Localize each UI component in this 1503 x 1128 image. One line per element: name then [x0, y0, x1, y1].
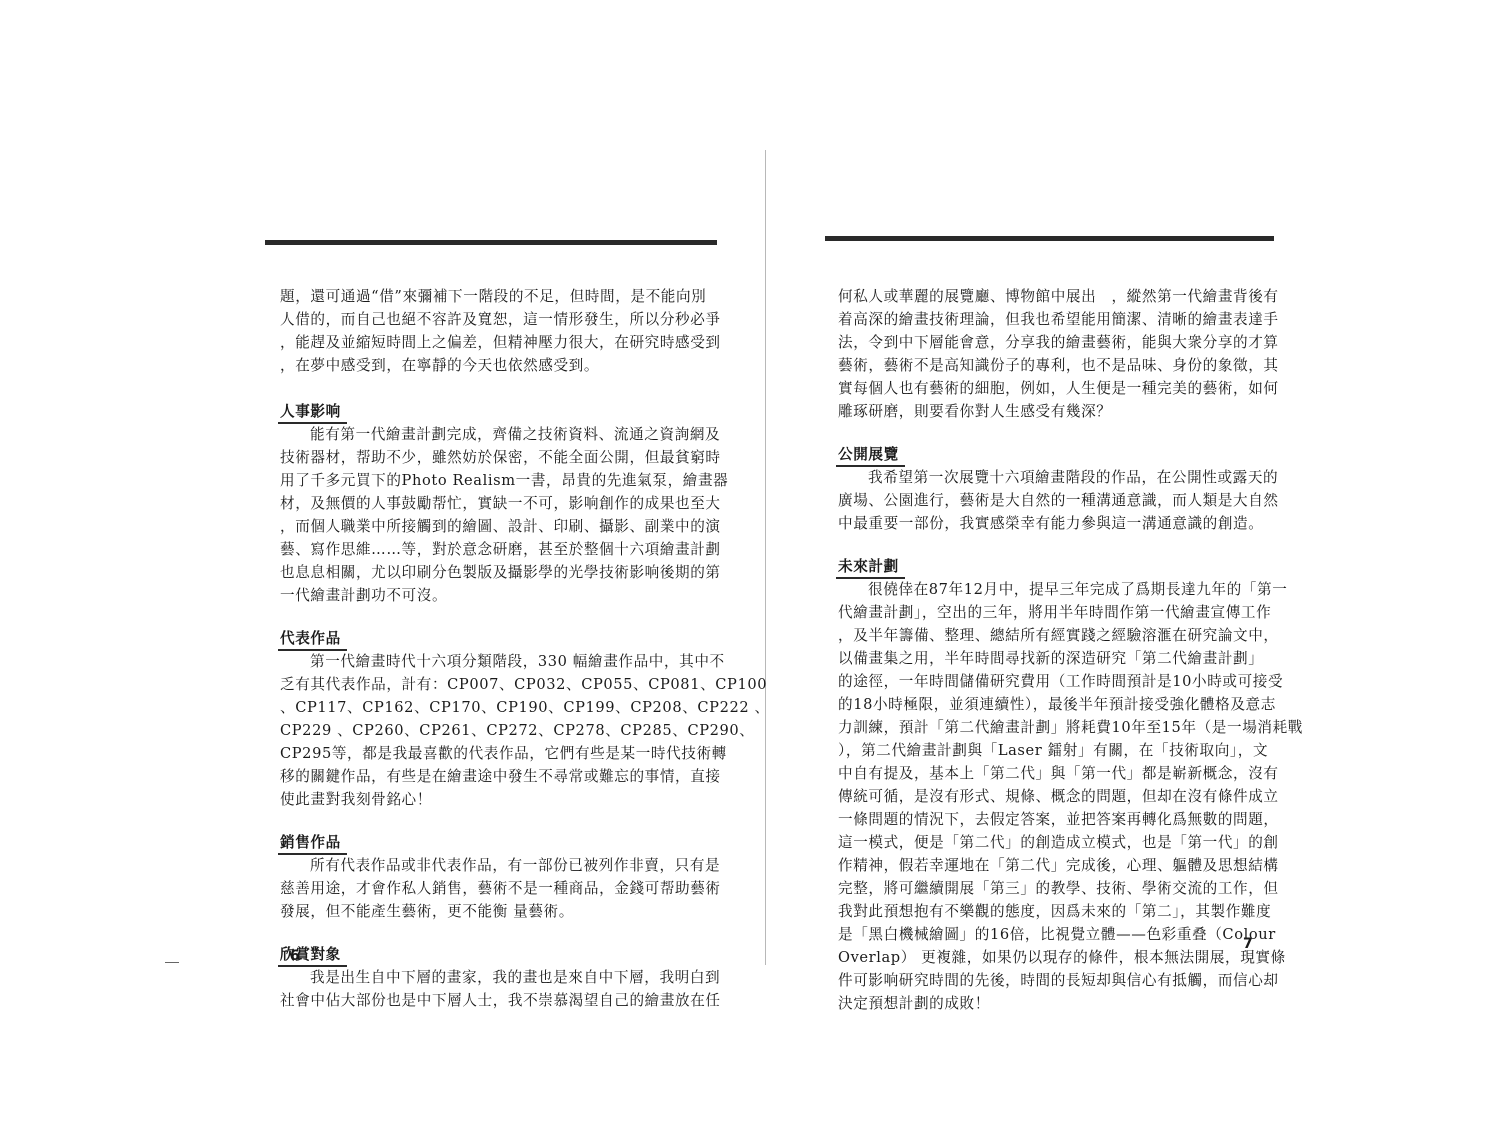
- text-line: 移的關鍵作品，有些是在繪畫途中發生不尋常或難忘的事情，直接: [280, 765, 710, 788]
- text-line: CP295等，都是我最喜歡的代表作品，它們有些是某一時代技術轉: [280, 742, 710, 765]
- text-line: 件可影响研究時間的先後，時間的長短却與信心有抵觸，而信心却: [838, 969, 1270, 992]
- page-number-right: 7: [1243, 936, 1253, 952]
- text-line: 用了千多元買下的Photo Realism一書，昂貴的先進氣泵，繪畫器: [280, 469, 710, 492]
- section-heading: 代表作品: [280, 627, 341, 650]
- text-line: 實每個人也有藝術的細胞，例如，人生便是一種完美的藝術，如何: [838, 377, 1270, 400]
- text-line: CP229 、CP260、CP261、CP272、CP278、CP285、CP2…: [280, 719, 710, 742]
- text-line: 我對此預想抱有不樂觀的態度，因爲未來的「第二」，其製作難度: [838, 900, 1270, 923]
- right-intro-paragraph: 何私人或華麗的展覽廳、博物館中展出 ，縱然第一代繪畫背後有 着高深的繪畫技術理論…: [838, 285, 1270, 423]
- text-line: 的18小時極限，並須連續性），最後半年預計接受強化體格及意志: [838, 693, 1270, 716]
- text-line: 雕琢研磨，則要看你對人生感受有幾深？: [838, 400, 1270, 423]
- text-line: ，能趕及並縮短時間上之偏差，但精神壓力很大，在研究時感受到: [280, 331, 710, 354]
- text-line: 代繪畫計劃」，空出的三年，將用半年時間作第一代繪畫宣傳工作: [838, 601, 1270, 624]
- text-line: 發展，但不能產生藝術，更不能衡 量藝術。: [280, 900, 710, 923]
- text-line: 社會中佔大部份也是中下層人士，我不崇慕渴望自己的繪畫放在任: [280, 989, 710, 1012]
- text-line: 能有第一代繪畫計劃完成，齊備之技術資料、流通之資詢網及: [280, 423, 710, 446]
- text-line: 作精神，假若幸運地在「第二代」完成後，心理、軀體及思想結構: [838, 854, 1270, 877]
- section-future-plans: 未來計劃 很僥倖在87年12月中，提早三年完成了爲期長達九年的「第一 代繪畫計劃…: [838, 555, 1270, 1015]
- text-line: 是「黑白機械繪圖」的16倍，比視覺立體——色彩重叠（Colour: [838, 923, 1270, 946]
- text-line: 這一模式，便是「第二代」的創造成立模式，也是「第一代」的創: [838, 831, 1270, 854]
- text-line: 傳統可循，是沒有形式、規條、概念的問題，但却在沒有條件成立: [838, 785, 1270, 808]
- text-line: ），第二代繪畫計劃與「Laser 鐳射」有關，在「技術取向」，文: [838, 739, 1270, 762]
- text-line: 廣場、公園進行，藝術是大自然的一種溝通意識，而人類是大自然: [838, 489, 1270, 512]
- section-heading: 未來計劃: [838, 555, 899, 578]
- text-line: 我是出生自中下層的畫家，我的畫也是來自中下層，我明白到: [280, 966, 710, 989]
- book-fold-line: [765, 150, 766, 965]
- text-line: 的途徑，一年時間儲備研究費用（工作時間預計是10小時或可接受: [838, 670, 1270, 693]
- section-representative-works: 代表作品 第一代繪畫時代十六項分類階段，330 幅繪畫作品中，其中不 乏有其代表…: [280, 627, 710, 811]
- section-heading: 公開展覽: [838, 443, 899, 466]
- text-line: 中自有提及，基本上「第二代」與「第一代」都是嶄新概念，沒有: [838, 762, 1270, 785]
- text-line: 慈善用途，才會作私人銷售，藝術不是一種商品，金錢可帮助藝術: [280, 877, 710, 900]
- text-line: 人借的，而自己也絕不容許及寬恕，這一情形發生，所以分秒必爭: [280, 308, 710, 331]
- text-line: 材，及無價的人事鼓勵帮忙，實缺一不可，影响創作的成果也至大: [280, 492, 710, 515]
- text-line: 以備畫集之用，半年時間尋找新的深造研究「第二代繪畫計劃」: [838, 647, 1270, 670]
- left-page: 題，還可通過“借”來彌補下一階段的不足，但時間，是不能向別 人借的，而自己也絕不…: [280, 285, 710, 1012]
- right-header-bar: [825, 236, 1274, 241]
- left-header-bar: [265, 240, 717, 245]
- text-line: 中最重要一部份，我實感榮幸有能力參與這一溝通意識的創造。: [838, 512, 1270, 535]
- text-line: 法，令到中下層能會意，分享我的繪畫藝術，能與大衆分享的才算: [838, 331, 1270, 354]
- text-line: 第一代繪畫時代十六項分類階段，330 幅繪畫作品中，其中不: [280, 650, 710, 673]
- page-number-left: 6: [290, 948, 300, 964]
- text-line: 一代繪畫計劃功不可沒。: [280, 584, 710, 607]
- text-line: 藝術，藝術不是高知識份子的專利，也不是品味、身份的象徵，其: [838, 354, 1270, 377]
- text-line: 乏有其代表作品，計有：CP007、CP032、CP055、CP081、CP100: [280, 673, 710, 696]
- text-line: 力訓練，預計「第二代繪畫計劃」將耗費10年至15年（是一場消耗戰: [838, 716, 1270, 739]
- section-sales-works: 銷售作品 所有代表作品或非代表作品，有一部份已被列作非賣，只有是 慈善用途，才會…: [280, 831, 710, 923]
- text-line: ，在夢中感受到，在寧靜的今天也依然感受到。: [280, 354, 710, 377]
- text-line: ，而個人職業中所接觸到的繪圖、設計、印刷、攝影、副業中的演: [280, 515, 710, 538]
- text-line: 完整，將可繼續開展「第三」的教學、技術、學術交流的工作，但: [838, 877, 1270, 900]
- text-line: 很僥倖在87年12月中，提早三年完成了爲期長達九年的「第一: [838, 578, 1270, 601]
- left-intro-paragraph: 題，還可通過“借”來彌補下一階段的不足，但時間，是不能向別 人借的，而自己也絕不…: [280, 285, 710, 377]
- text-line: 何私人或華麗的展覽廳、博物館中展出 ，縱然第一代繪畫背後有: [838, 285, 1270, 308]
- right-page: 何私人或華麗的展覽廳、博物館中展出 ，縱然第一代繪畫背後有 着高深的繪畫技術理論…: [838, 285, 1270, 1015]
- section-heading: 銷售作品: [280, 831, 341, 854]
- text-line: 技術器材，帮助不少，雖然妨於保密，不能全面公開，但最貧窮時: [280, 446, 710, 469]
- margin-mark: [165, 962, 179, 963]
- text-line: 我希望第一次展覽十六項繪畫階段的作品，在公開性或露天的: [838, 466, 1270, 489]
- text-line: 一條問題的情況下，去假定答案，並把答案再轉化爲無數的問題，: [838, 808, 1270, 831]
- text-line: 藝、寫作思維……等，對於意念研磨，甚至於整個十六項繪畫計劃: [280, 538, 710, 561]
- text-line: Overlap） 更複雜，如果仍以現存的條件，根本無法開展，現實條: [838, 946, 1270, 969]
- text-line: 所有代表作品或非代表作品，有一部份已被列作非賣，只有是: [280, 854, 710, 877]
- text-line: 題，還可通過“借”來彌補下一階段的不足，但時間，是不能向別: [280, 285, 710, 308]
- section-audience: 欣賞對象 我是出生自中下層的畫家，我的畫也是來自中下層，我明白到 社會中佔大部份…: [280, 943, 710, 1012]
- text-line: ，及半年籌備、整理、總結所有經實踐之經驗溶滙在研究論文中，: [838, 624, 1270, 647]
- text-line: 決定預想計劃的成敗！: [838, 992, 1270, 1015]
- text-line: 使此畫對我刻骨銘心！: [280, 788, 710, 811]
- section-heading: 人事影响: [280, 400, 341, 423]
- text-line: 也息息相關，尤以印刷分色製版及攝影學的光學技術影响後期的第: [280, 561, 710, 584]
- section-public-exhibition: 公開展覽 我希望第一次展覽十六項繪畫階段的作品，在公開性或露天的 廣場、公園進行…: [838, 443, 1270, 535]
- text-line: 着高深的繪畫技術理論，但我也希望能用簡潔、清晰的繪畫表達手: [838, 308, 1270, 331]
- section-personnel-influence: 人事影响 能有第一代繪畫計劃完成，齊備之技術資料、流通之資詢網及 技術器材，帮助…: [280, 400, 710, 607]
- text-line: 、CP117、CP162、CP170、CP190、CP199、CP208、CP2…: [280, 696, 710, 719]
